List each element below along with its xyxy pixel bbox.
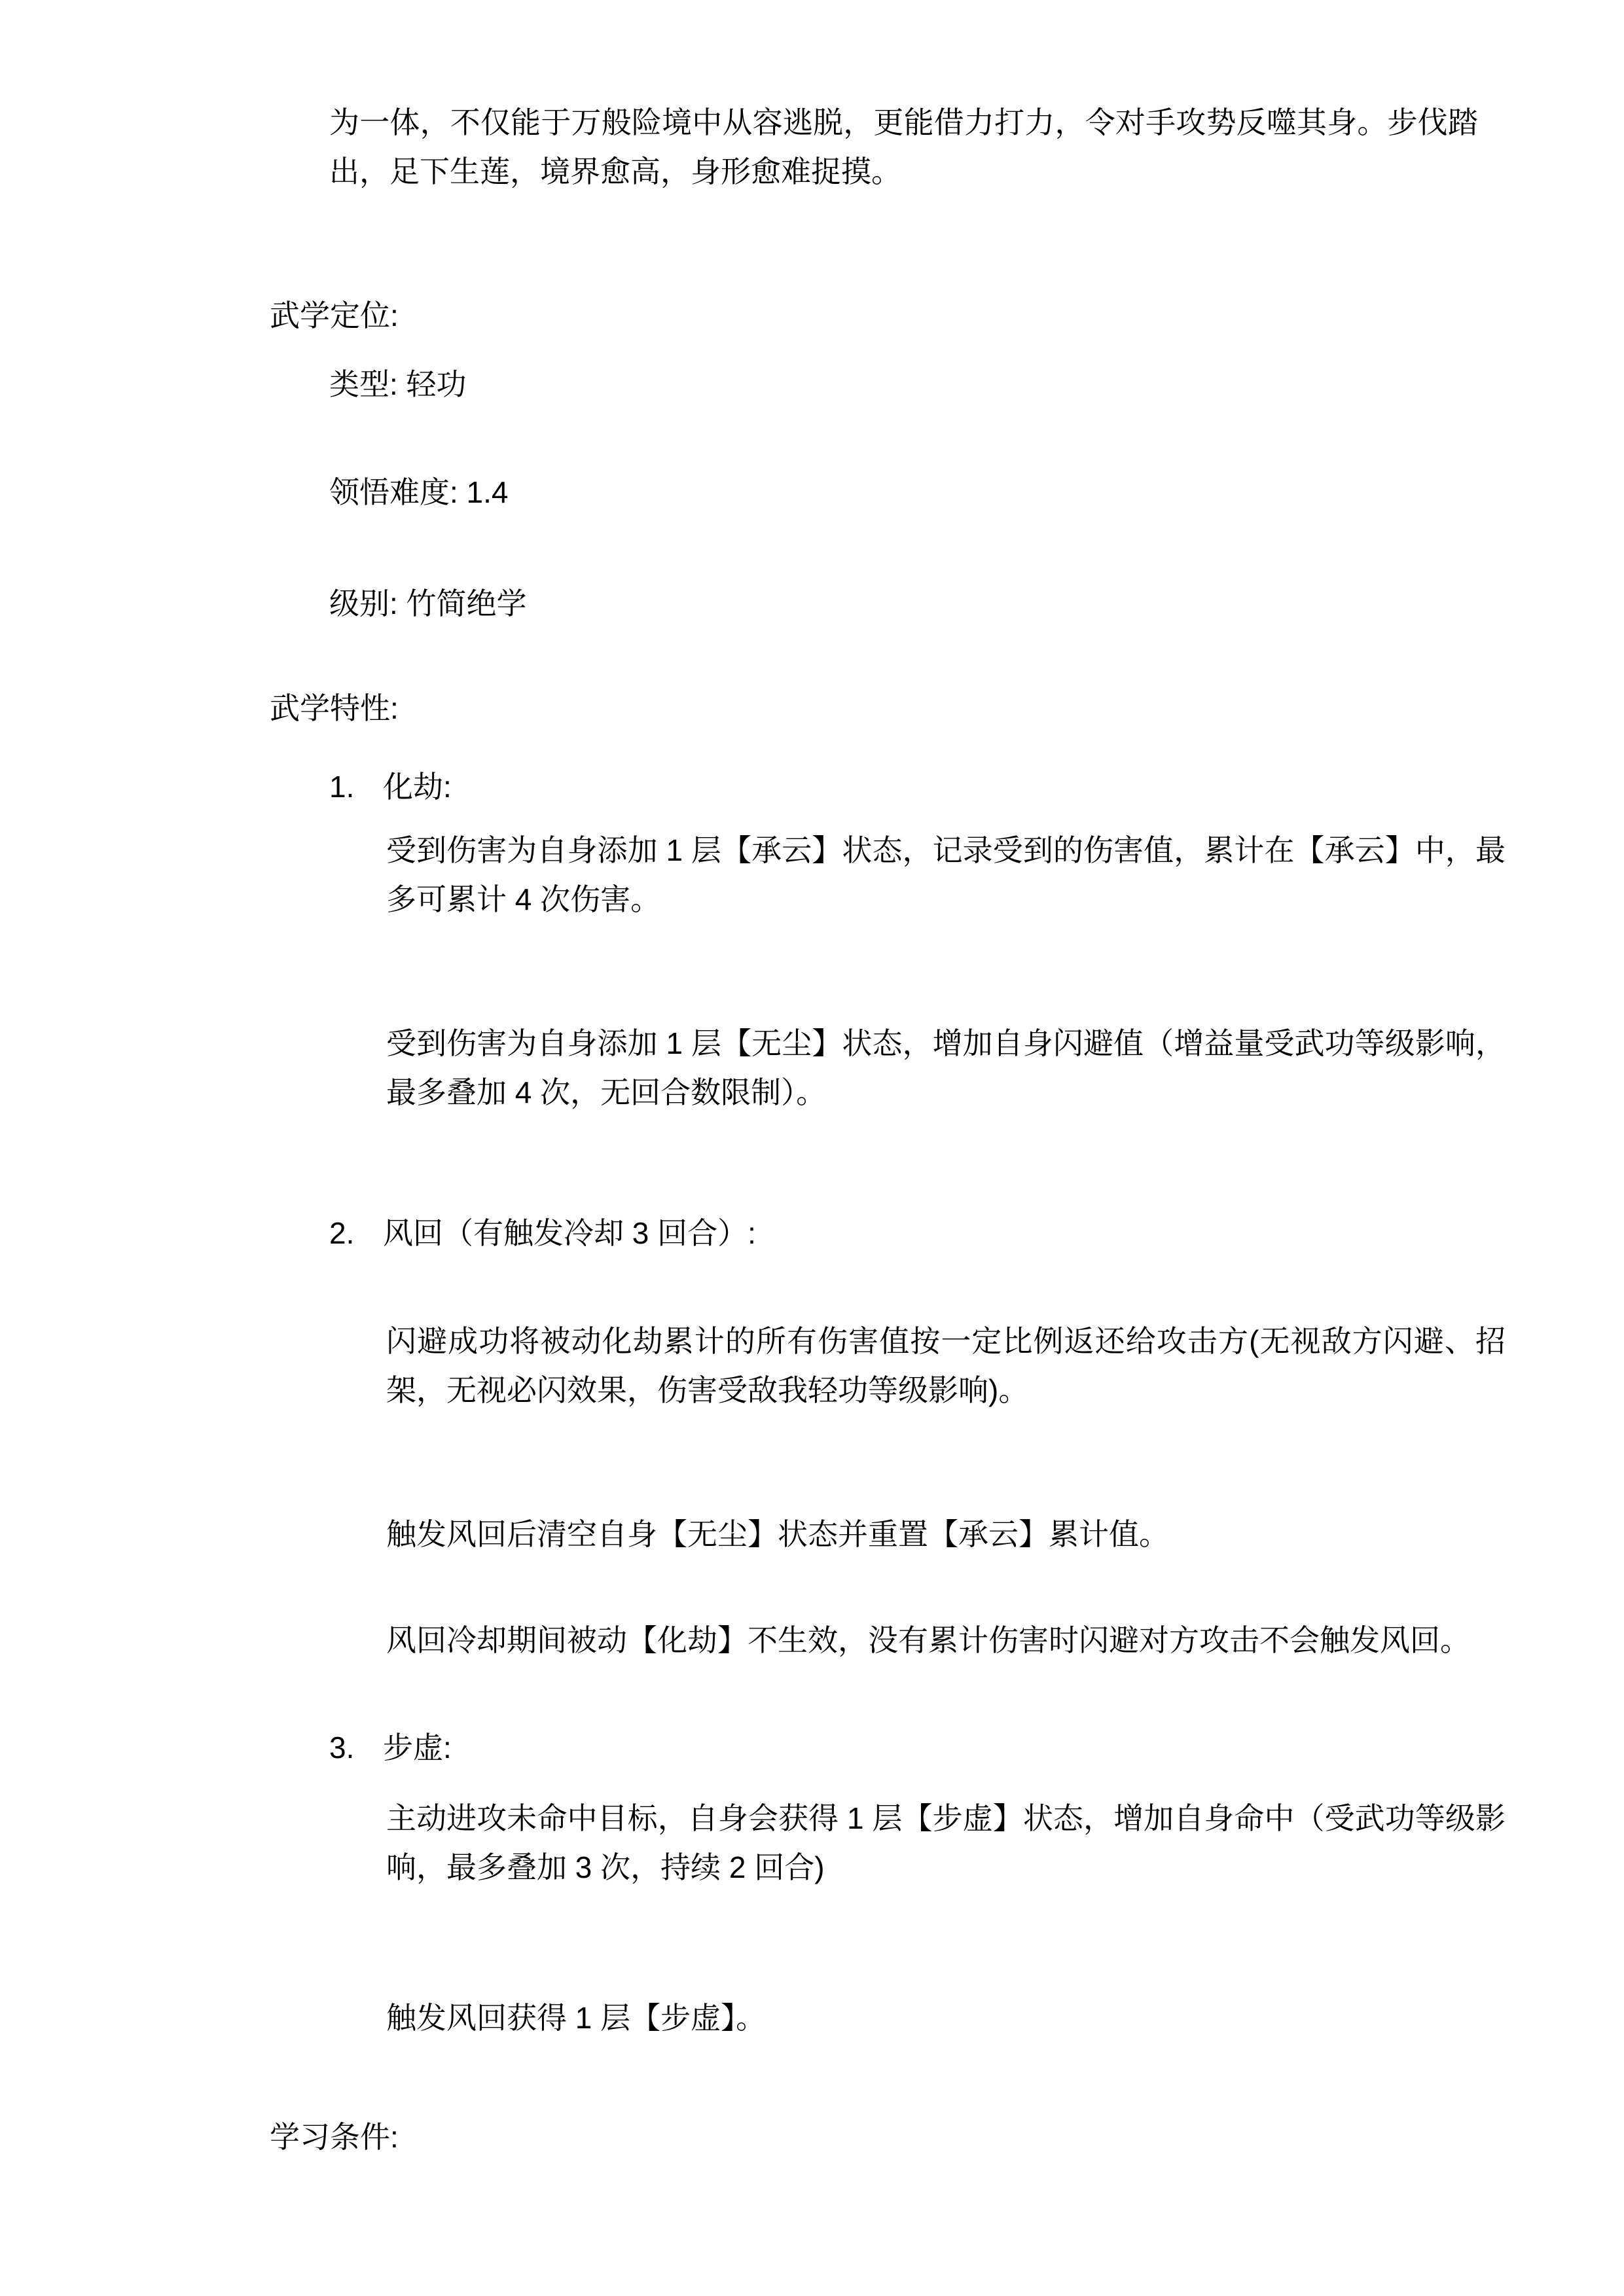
trait-paragraph: 风回冷却期间被动【化劫】不生效，没有累计伤害时闪避对方攻击不会触发风回。 bbox=[386, 1616, 1506, 1665]
trait-paragraph: 受到伤害为自身添加 1 层【无尘】状态，增加自身闪避值（增益量受武功等级影响，最… bbox=[386, 1019, 1506, 1117]
trait-item-fenghui: 2. 风回（有触发冷却 3 回合）: bbox=[329, 1209, 1624, 1258]
trait-paragraph: 闪避成功将被动化劫累计的所有伤害值按一定比例返还给攻击方(无视敌方闪避、招架，无… bbox=[386, 1317, 1506, 1415]
intro-paragraph: 为一体，不仅能于万般险境中从容逃脱，更能借力打力，令对手攻势反噬其身。步伐踏出，… bbox=[329, 98, 1478, 196]
trait-paragraph: 主动进攻未命中目标，自身会获得 1 层【步虚】状态，增加自身命中（受武功等级影响… bbox=[386, 1794, 1506, 1892]
section-heading-positioning: 武学定位: bbox=[270, 291, 1624, 340]
positioning-type-line: 类型: 轻功 bbox=[329, 360, 1624, 409]
trait-title: 风回（有触发冷却 3 回合）: bbox=[383, 1209, 1624, 1258]
section-heading-traits: 武学特性: bbox=[270, 684, 1624, 733]
trait-title: 化劫: bbox=[383, 762, 1624, 812]
list-number: 2. bbox=[329, 1209, 383, 1258]
list-number: 1. bbox=[329, 762, 383, 812]
section-heading-learning: 学习条件: bbox=[270, 2113, 1624, 2162]
trait-item-huajie: 1. 化劫: bbox=[329, 762, 1624, 812]
list-number: 3. bbox=[329, 1723, 383, 1772]
trait-paragraph: 受到伤害为自身添加 1 层【承云】状态，记录受到的伤害值，累计在【承云】中，最多… bbox=[386, 826, 1506, 924]
trait-paragraph: 触发风回获得 1 层【步虚】。 bbox=[386, 1994, 1506, 2043]
positioning-grade-line: 级别: 竹简绝学 bbox=[329, 579, 1624, 628]
positioning-difficulty-line: 领悟难度: 1.4 bbox=[329, 468, 1624, 517]
trait-item-buxu: 3. 步虚: bbox=[329, 1723, 1624, 1772]
trait-title: 步虚: bbox=[383, 1723, 1624, 1772]
trait-paragraph: 触发风回后清空自身【无尘】状态并重置【承云】累计值。 bbox=[386, 1510, 1506, 1559]
document-page: 为一体，不仅能于万般险境中从容逃脱，更能借力打力，令对手攻势反噬其身。步伐踏出，… bbox=[0, 98, 1624, 2162]
